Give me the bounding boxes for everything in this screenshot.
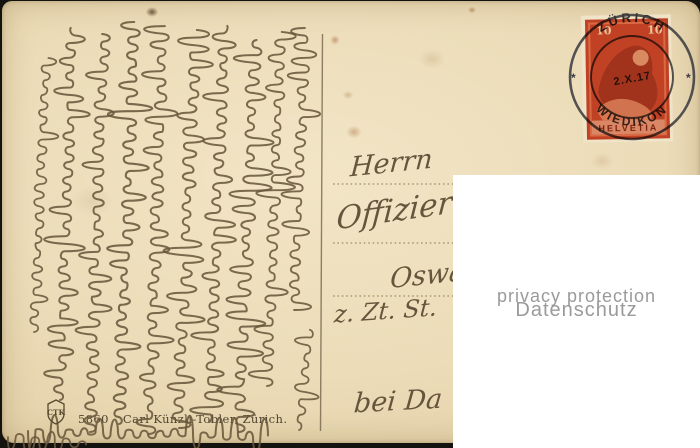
- address-line-bei: bei Da: [353, 384, 444, 420]
- scan-background: CTK 10 10 HELVETIA 2.X.17 ZÜRICH WIED: [0, 0, 700, 448]
- publisher-name: Carl Künzli-Tobler, Zürich.: [123, 412, 288, 426]
- publisher-imprint: 5860Carl Künzli-Tobler, Zürich.: [78, 412, 287, 426]
- privacy-overlay: privacy protection Datenschutz: [453, 175, 700, 448]
- privacy-overlay-line2: Datenschutz: [515, 303, 637, 318]
- card-number: 5860: [78, 412, 109, 426]
